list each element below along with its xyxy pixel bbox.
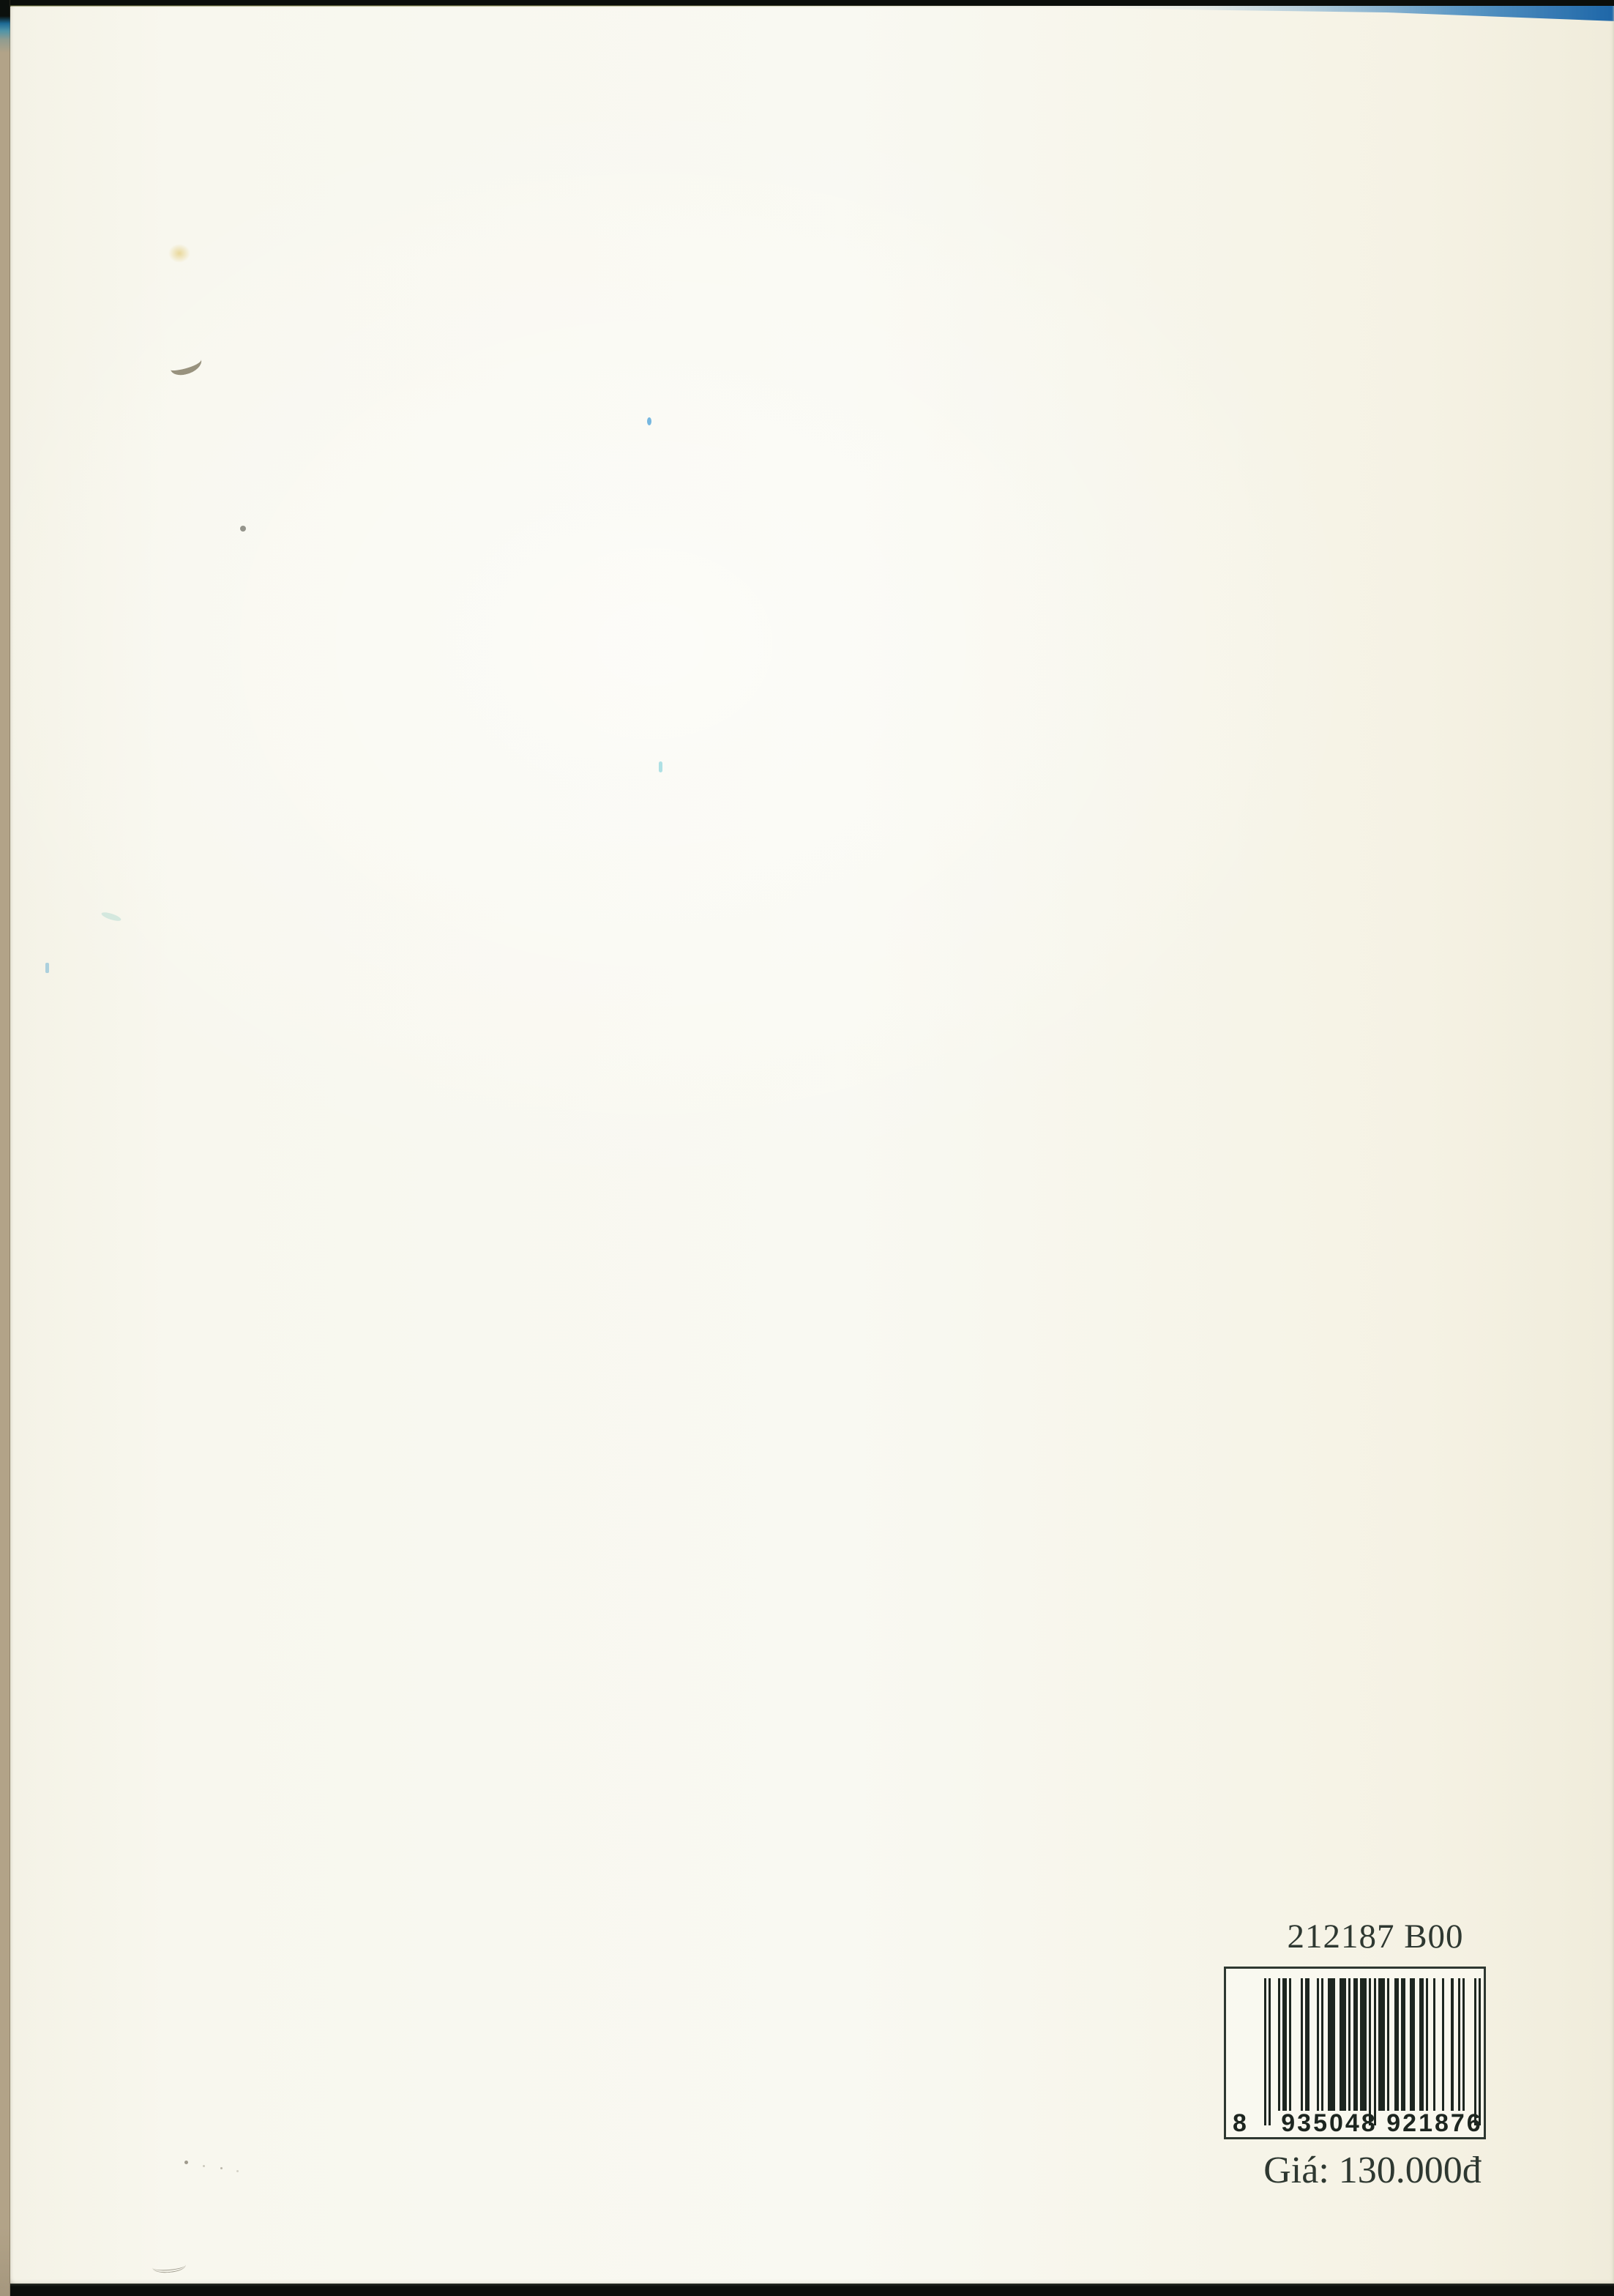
paper-smudge-teal <box>100 911 122 922</box>
book-spine-edge <box>0 0 10 2296</box>
paper-squiggle <box>152 2259 186 2274</box>
paper-speck-cyan <box>659 761 662 772</box>
print-code: 212187 B00 <box>1218 1917 1533 1956</box>
paper-smudge <box>168 351 204 378</box>
scan-edge-bottom <box>0 2284 1614 2296</box>
barcode-digits-right: 921876 <box>1383 2110 1486 2136</box>
cover-page: 212187 B00 8 935048 921876 Giá: 130.000đ <box>9 5 1614 2286</box>
paper-speck-blue-2 <box>45 963 49 973</box>
price-label: Giá: 130.000đ <box>1215 2150 1530 2192</box>
paper-scuff-dots <box>184 2161 188 2164</box>
barcode-digits: 8 935048 921876 <box>1228 2110 1486 2136</box>
barcode-digit-first: 8 <box>1233 2110 1247 2136</box>
scanned-book-back-cover: 212187 B00 8 935048 921876 Giá: 130.000đ <box>0 0 1614 2296</box>
barcode: 8 935048 921876 <box>1224 1967 1486 2139</box>
paper-stain-yellow <box>168 244 190 263</box>
paper-speck-blue <box>647 417 651 425</box>
paper-speck-dark <box>240 526 246 532</box>
barcode-bars <box>1264 1978 1481 2111</box>
barcode-digits-left: 935048 <box>1275 2110 1383 2136</box>
scan-edge-top <box>0 0 1614 6</box>
